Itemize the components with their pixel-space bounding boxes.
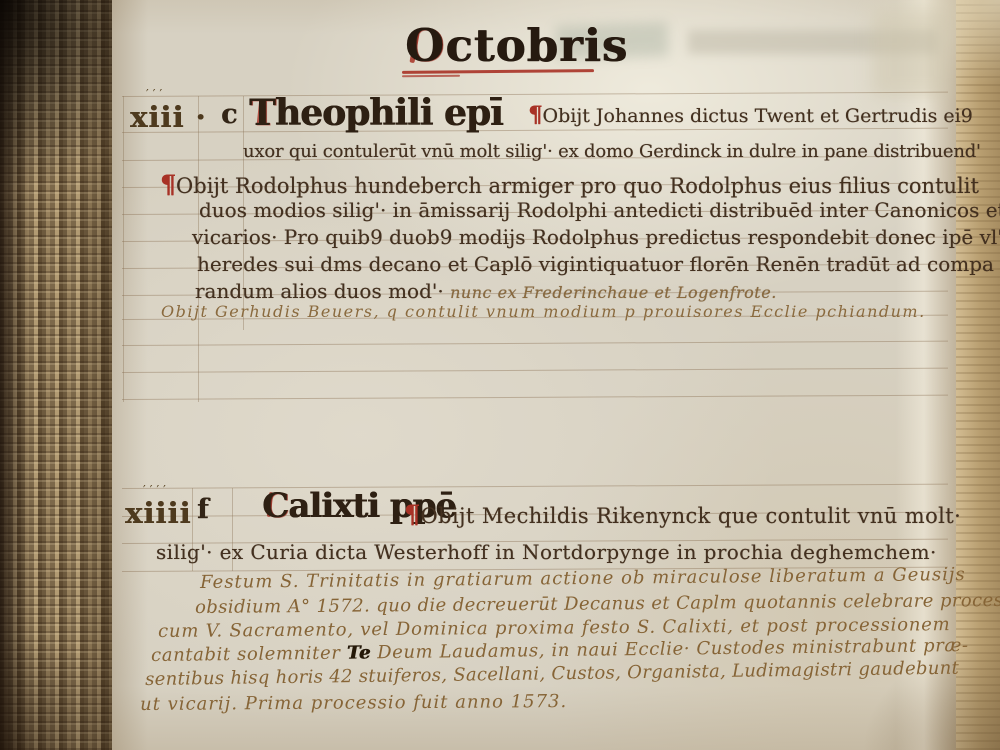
text-segment: C: [262, 486, 288, 526]
text-segment: T: [249, 92, 275, 134]
month-title: Octobris: [405, 20, 628, 72]
text-segment: xiii ·: [130, 100, 207, 134]
handwritten-text-layer: Octobris′′′xiii ·cTheophili epī¶Obijt Jo…: [0, 0, 1000, 750]
entry2-addition-6: ut vicarij. Prima processio fuit anno 15…: [140, 692, 567, 716]
text-segment: heophili epī: [275, 92, 503, 134]
text-segment: randum alios duos mod'·: [195, 279, 450, 303]
entry1-line-3: ¶Obijt Rodolphus hundeberch armiger pro …: [160, 170, 979, 199]
text-segment: ′′′′: [143, 483, 170, 497]
text-segment: Obijt Johannes dictus Twent et Gertrudis…: [543, 105, 973, 127]
text-segment: f: [197, 494, 209, 525]
text-segment: ut vicarij. Prima processio fuit anno 15…: [140, 691, 567, 715]
entry2-addition-1: Festum S. Trinitatis in gratiarum action…: [200, 565, 966, 594]
entry2-day-numeral: xiiii: [125, 497, 191, 530]
entry2-line-1: ¶Obijt Mechildis Rikenynck que contulit …: [404, 500, 961, 529]
entry1-feast-heading: Theophili epī: [249, 93, 503, 134]
entry1-line-6: heredes sui dms decano et Caplō vigintiq…: [197, 253, 994, 276]
text-segment: ′′′: [146, 87, 166, 101]
entry1-line-2: uxor qui contulerūt vnū molt silig'· ex …: [243, 142, 981, 163]
text-segment: Festum S. Trinitatis in gratiarum action…: [200, 564, 966, 593]
text-segment: Obijt Rodolphus hundeberch armiger pro q…: [176, 174, 979, 198]
entry1-dominical-letter: c: [221, 99, 237, 130]
text-segment: ctobris: [445, 19, 628, 72]
entry1-day-numeral: xiii ·: [130, 101, 207, 134]
entry2-line-2: silig'· ex Curia dicta Westerhoff in Nor…: [156, 541, 937, 564]
text-segment: Te: [347, 642, 371, 663]
text-segment: O: [405, 19, 445, 72]
red-pilcrow-mark: ¶: [160, 169, 176, 199]
text-segment: c: [221, 99, 237, 130]
entry1-line-1: ¶Obijt Johannes dictus Twent et Gertrudi…: [528, 102, 973, 128]
text-segment: cantabit solemniter: [151, 643, 347, 666]
text-segment: heredes sui dms decano et Caplō vigintiq…: [197, 252, 994, 276]
red-pilcrow-mark: ¶: [528, 102, 543, 128]
manuscript-photo: Octobris′′′xiii ·cTheophili epī¶Obijt Jo…: [0, 0, 1000, 750]
text-segment: Obijt Gerhudis Beuers, q contulit vnum m…: [161, 302, 926, 321]
entry2-dominical-letter: f: [197, 494, 209, 525]
text-segment: duos modios silig'· in āmissarij Rodolph…: [199, 198, 1000, 222]
entry1-line-4: duos modios silig'· in āmissarij Rodolph…: [199, 199, 1000, 222]
red-pilcrow-mark: ¶: [404, 499, 420, 529]
text-segment: Obijt Mechildis Rikenynck que contulit v…: [420, 504, 961, 528]
entry1-cursive-note: Obijt Gerhudis Beuers, q contulit vnum m…: [161, 303, 926, 321]
text-segment: uxor qui contulerūt vnū molt silig'· ex …: [243, 141, 981, 162]
entry1-line-5: vicarios· Pro quib9 duob9 modijs Rodolph…: [192, 226, 1000, 249]
text-segment: silig'· ex Curia dicta Westerhoff in Nor…: [156, 540, 937, 564]
entry1-line-7: randum alios duos mod'· nunc ex Frederin…: [195, 280, 777, 303]
text-segment: nunc ex Frederinchaue et Logenfrote.: [450, 283, 777, 302]
book-binding-edge: [0, 0, 112, 750]
text-segment: vicarios· Pro quib9 duob9 modijs Rodolph…: [192, 225, 1000, 249]
text-segment: xiiii: [125, 496, 191, 530]
